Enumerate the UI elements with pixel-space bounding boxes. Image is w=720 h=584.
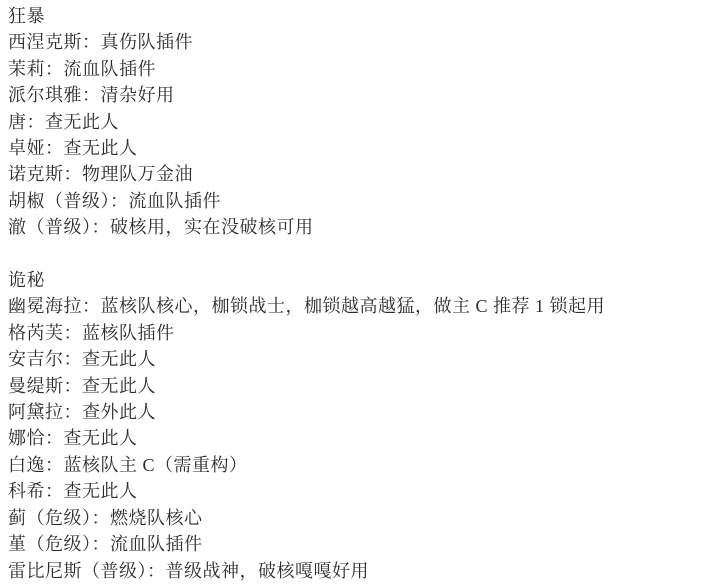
section-heading-kuangbao: 狂暴	[8, 3, 714, 29]
entry-line-kexi: 科希：查无此人	[8, 478, 714, 504]
entry-line-tang: 唐：查无此人	[8, 109, 714, 135]
entry-line-youmianhaila: 幽冕海拉：蓝核队核心，枷锁战士，枷锁越高越猛，做主 C 推荐 1 锁起用	[8, 293, 714, 319]
entry-line-zhuoya: 卓娅：查无此人	[8, 135, 714, 161]
blank-line	[8, 241, 714, 267]
entry-line-anjier: 安吉尔：查无此人	[8, 346, 714, 372]
entry-line-ji: 蓟（危级）：燃烧队核心	[8, 505, 714, 531]
entry-line-naqia: 娜恰：查无此人	[8, 425, 714, 451]
entry-line-jin: 堇（危级）：流血队插件	[8, 531, 714, 557]
entry-line-moli: 茉莉：流血队插件	[8, 56, 714, 82]
section-heading-guimi: 诡秘	[8, 267, 714, 293]
entry-line-baiyi: 白逸：蓝核队主 C（需重构）	[8, 452, 714, 478]
entry-line-xiniekesi: 西涅克斯：真伤队插件	[8, 29, 714, 55]
entry-line-che: 澈（普级）：破核用，实在没破核可用	[8, 214, 714, 240]
entry-line-leibinisi: 雷比尼斯（普级）：普级战神，破核嘎嘎好用	[8, 558, 714, 584]
entry-line-geruifu: 格芮芙：蓝核队插件	[8, 320, 714, 346]
entry-line-hujiao: 胡椒（普级）：流血队插件	[8, 188, 714, 214]
entry-line-nuokesi: 诺克斯：物理队万金油	[8, 161, 714, 187]
entry-line-paierqiya: 派尔琪雅：清杂好用	[8, 82, 714, 108]
entry-line-mantisi: 曼缇斯：查无此人	[8, 373, 714, 399]
notes-document: 狂暴 西涅克斯：真伤队插件 茉莉：流血队插件 派尔琪雅：清杂好用 唐：查无此人 …	[0, 0, 720, 584]
entry-line-adaila: 阿黛拉：查外此人	[8, 399, 714, 425]
